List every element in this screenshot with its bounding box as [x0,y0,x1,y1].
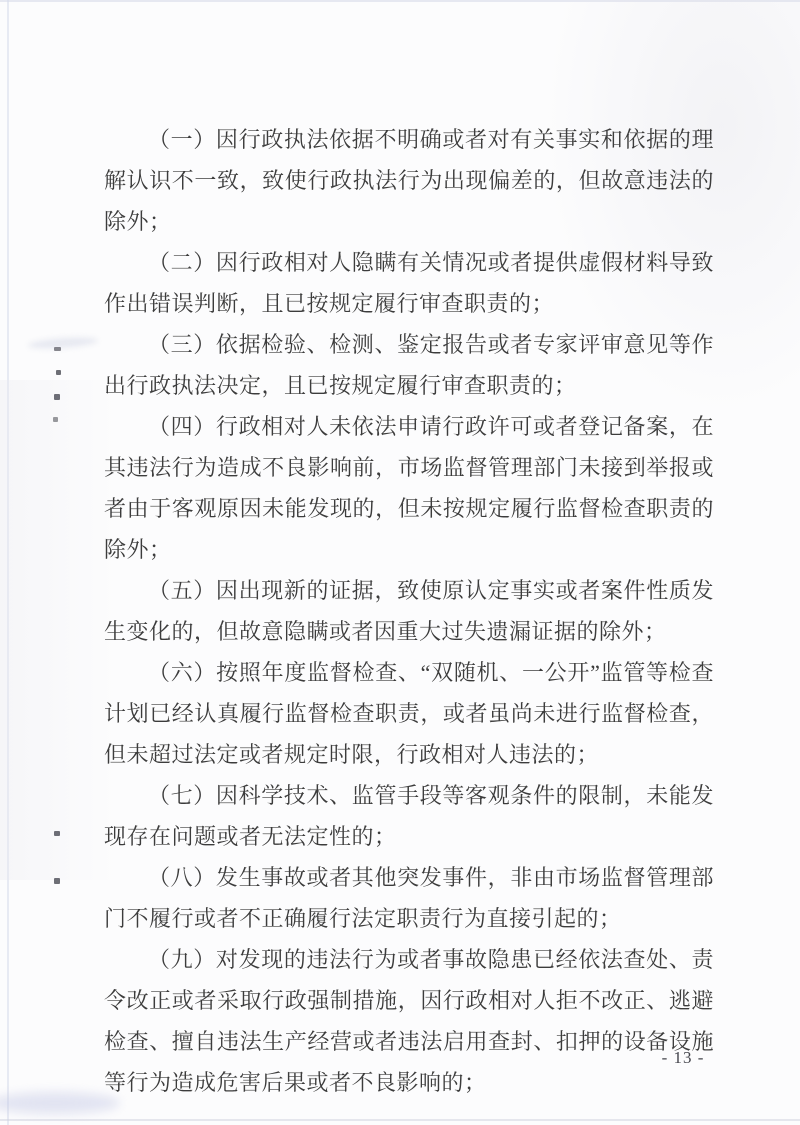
scan-speck [54,394,60,400]
scan-shading [0,380,120,880]
scan-smudge [28,336,99,351]
paragraph: （六）按照年度监督检查、“双随机、一公开”监管等检查计划已经认真履行监督检查职责… [104,652,714,775]
paragraph: （四）行政相对人未依法申请行政许可或者登记备案，在其违法行为造成不良影响前，市场… [104,406,714,570]
paragraph: （二）因行政相对人隐瞒有关情况或者提供虚假材料导致作出错误判断，且已按规定履行审… [104,242,714,324]
scan-speck [56,370,61,375]
scanned-document-page: （一）因行政执法依据不明确或者对有关事实和依据的理解认识不一致，致使行政执法行为… [0,0,800,1125]
scan-edge-top [0,0,800,2]
paragraph: （三）依据检验、检测、鉴定报告或者专家评审意见等作出行政执法决定，且已按规定履行… [104,324,714,406]
scan-speck [54,347,61,351]
paragraph: （八）发生事故或者其他突发事件，非由市场监督管理部门不履行或者不正确履行法定职责… [104,857,714,939]
page-number: - 13 - [648,1048,718,1068]
document-body: （一）因行政执法依据不明确或者对有关事实和依据的理解认识不一致，致使行政执法行为… [104,119,714,1103]
paragraph: （一）因行政执法依据不明确或者对有关事实和依据的理解认识不一致，致使行政执法行为… [104,119,714,242]
scan-speck [54,831,60,836]
scan-speck [53,417,58,422]
paragraph: （九）对发现的违法行为或者事故隐患已经依法查处、责令改正或者采取行政强制措施，因… [104,939,714,1103]
scan-speck [54,878,60,884]
scan-smudge [0,1092,120,1114]
paragraph: （七）因科学技术、监管手段等客观条件的限制，未能发现存在问题或者无法定性的； [104,775,714,857]
scan-edge-bottom [0,1119,800,1121]
paragraph: （五）因出现新的证据，致使原认定事实或者案件性质发生变化的，但故意隐瞒或者因重大… [104,570,714,652]
scan-edge-left [7,0,9,1125]
